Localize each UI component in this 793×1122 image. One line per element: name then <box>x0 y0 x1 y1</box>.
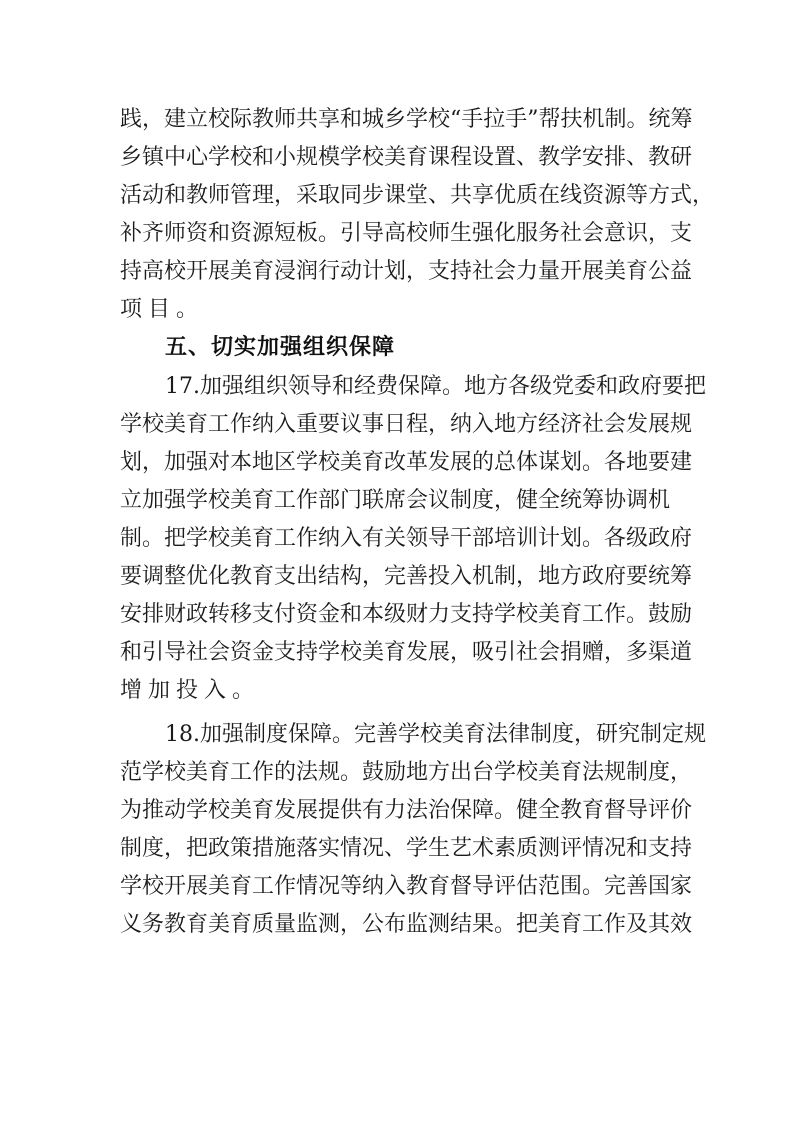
text-line: 学校开展美育工作情况等纳入教育督导评估范围。完善国家 <box>120 872 670 902</box>
text-line: 践，建立校际教师共享和城乡学校“手拉手”帮扶机制。统筹 <box>120 105 670 135</box>
text-line: 补齐师资和资源短板。引导高校师生强化服务社会意识，支 <box>120 219 670 249</box>
text-line: 活动和教师管理，采取同步课堂、共享优质在线资源等方式， <box>120 181 670 211</box>
text-line: 义务教育美育质量监测，公布监测结果。把美育工作及其效 <box>120 910 670 940</box>
text-line: 增加投入。 <box>120 676 670 706</box>
text-line: 学校美育工作纳入重要议事日程，纳入地方经济社会发展规 <box>120 410 670 440</box>
text-line: 和引导社会资金支持学校美育发展，吸引社会捐赠，多渠道 <box>120 638 670 668</box>
text-line: 划，加强对本地区学校美育改革发展的总体谋划。各地要建 <box>120 448 670 478</box>
text-line: 项目。 <box>120 295 670 325</box>
text-line: 安排财政转移支付资金和本级财力支持学校美育工作。鼓励 <box>120 600 670 630</box>
text-line: 制度，把政策措施落实情况、学生艺术素质测评情况和支持 <box>120 834 670 864</box>
section-heading: 五、切实加强组织保障 <box>165 333 395 363</box>
text-line: 乡镇中心学校和小规模学校美育课程设置、教学安排、教研 <box>120 143 670 173</box>
paragraph-17-first-line: 17.加强组织领导和经费保障。地方各级党委和政府要把 <box>165 372 670 402</box>
text-line: 制。把学校美育工作纳入有关领导干部培训计划。各级政府 <box>120 524 670 554</box>
text-line: 要调整优化教育支出结构，完善投入机制，地方政府要统筹 <box>120 562 670 592</box>
text-line: 范学校美育工作的法规。鼓励地方出台学校美育法规制度， <box>120 758 670 788</box>
text-line: 为推动学校美育发展提供有力法治保障。健全教育督导评价 <box>120 796 670 826</box>
paragraph-18-first-line: 18.加强制度保障。完善学校美育法律制度，研究制定规 <box>165 720 670 750</box>
document-page: 践，建立校际教师共享和城乡学校“手拉手”帮扶机制。统筹 乡镇中心学校和小规模学校… <box>0 0 793 1122</box>
text-line: 持高校开展美育浸润行动计划，支持社会力量开展美育公益 <box>120 257 670 287</box>
text-line: 立加强学校美育工作部门联席会议制度，健全统筹协调机 <box>120 486 670 516</box>
